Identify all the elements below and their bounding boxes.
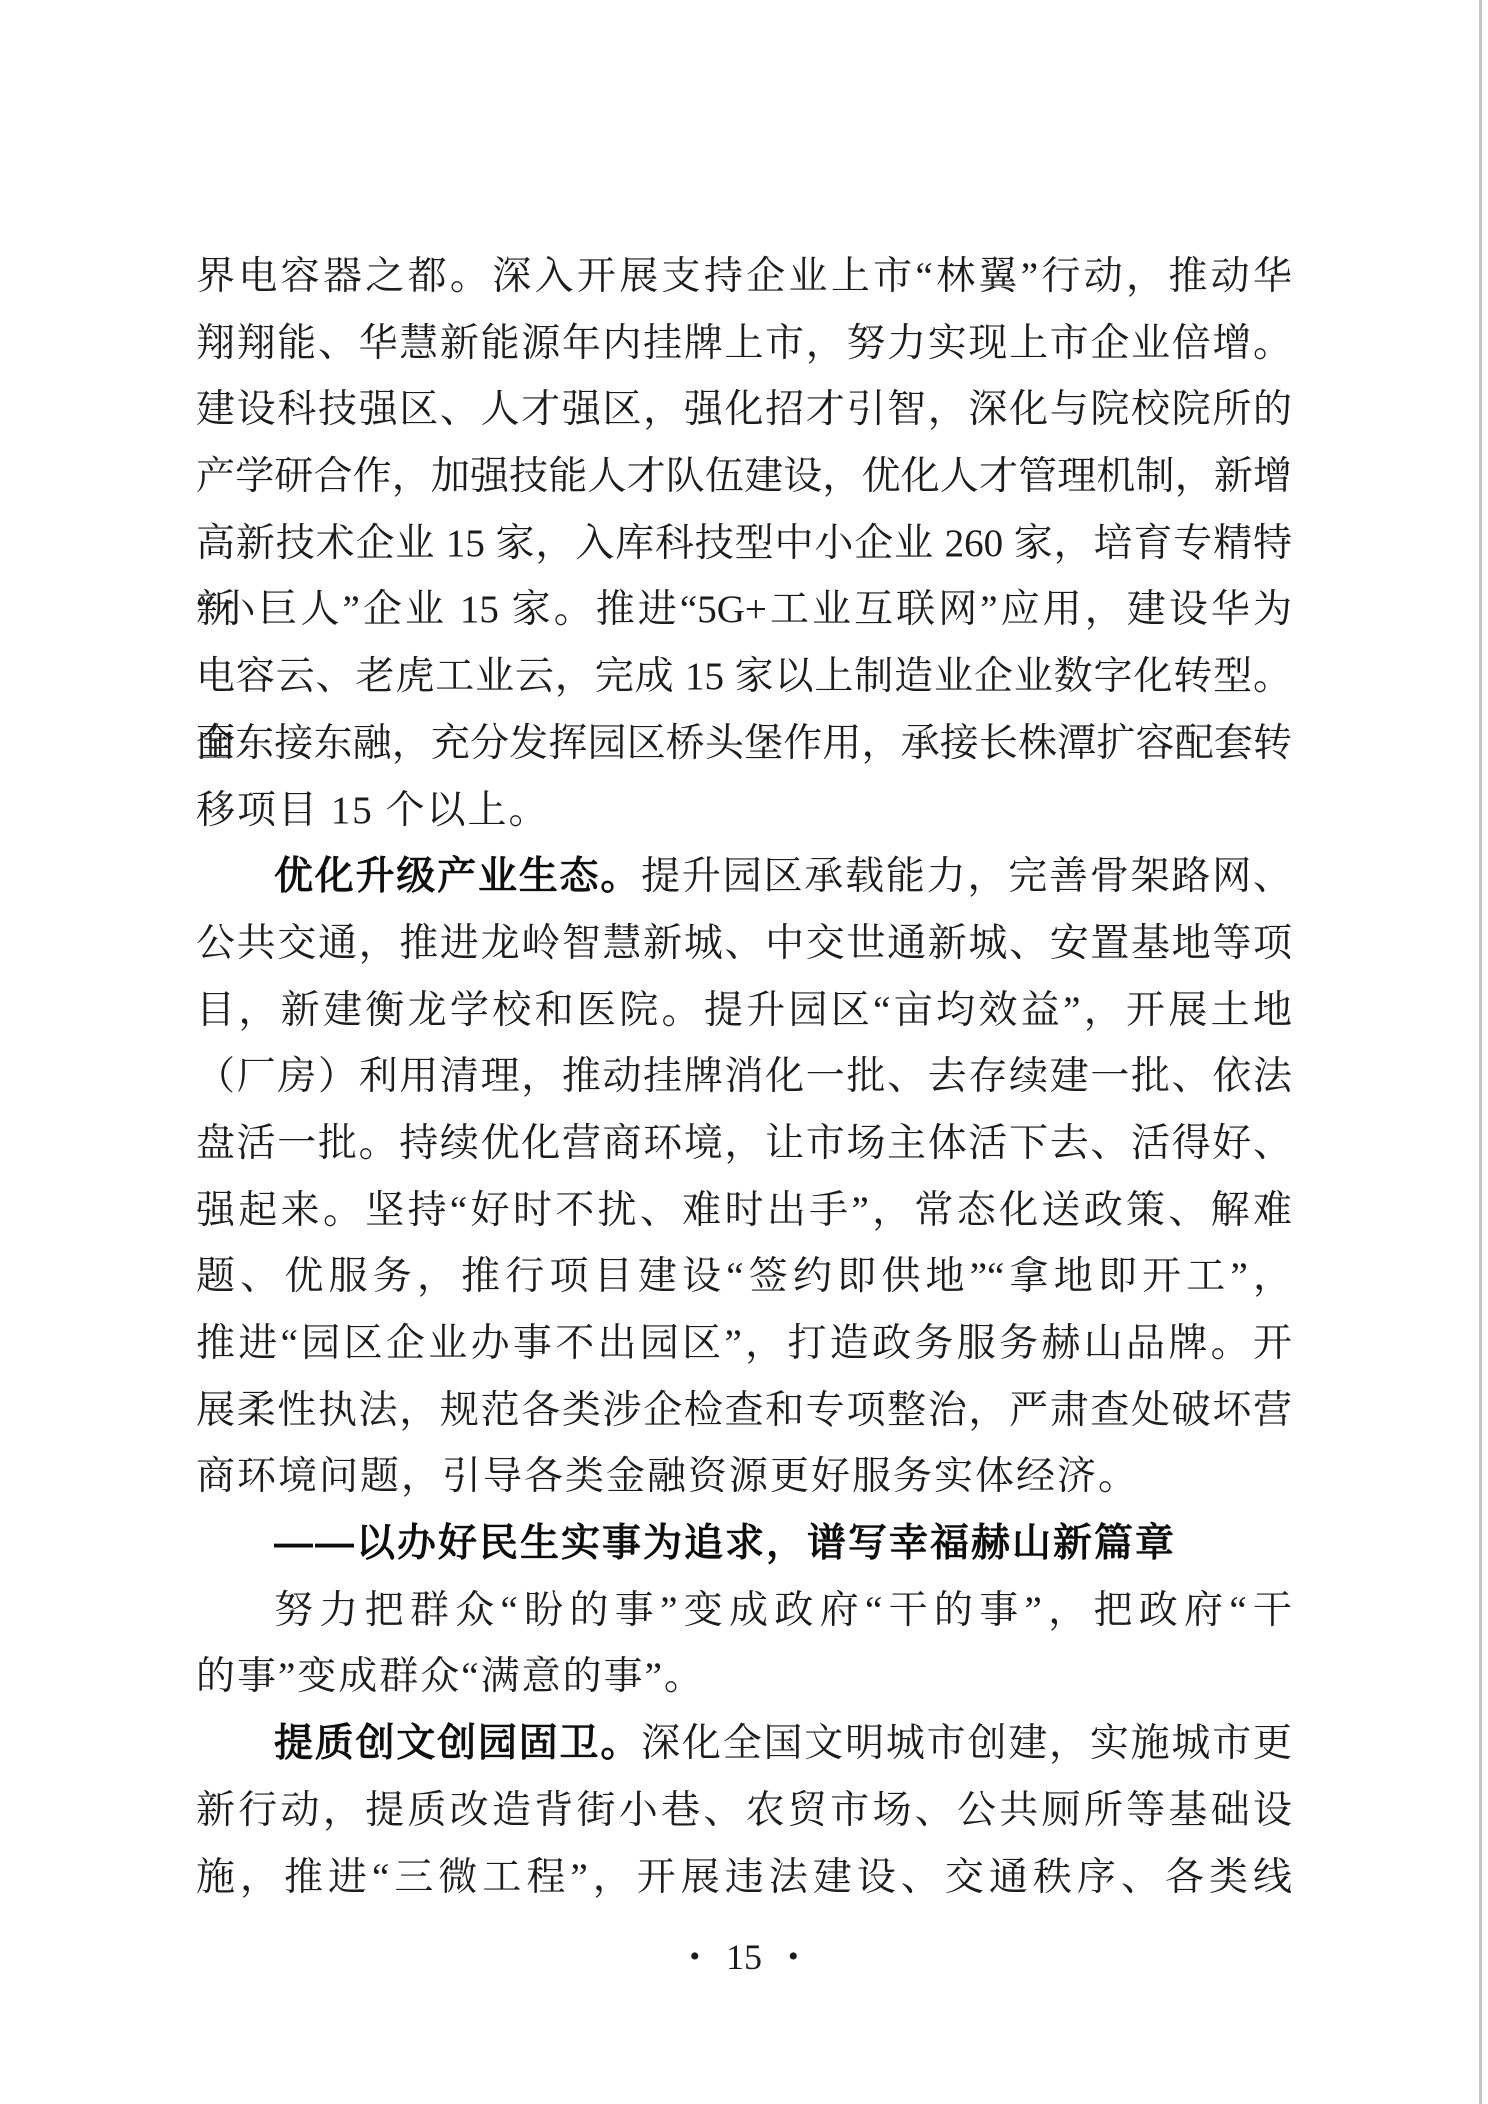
text-line: 的事”变成群众“满意的事”。 <box>196 1644 1292 1711</box>
body-text: 建设科技强区、人才强区，强化招才引智，深化与院校院所的 <box>196 388 1292 431</box>
text-line: 优化升级产业生态。提升园区承载能力，完善骨架路网、 <box>196 844 1292 911</box>
text-line: 提质创文创园固卫。深化全国文明城市创建，实施城市更 <box>196 1711 1292 1778</box>
body-text: 产学研合作，加强技能人才队伍建设，优化人才管理机制，新增 <box>196 455 1292 498</box>
body-text: 提升园区承载能力，完善骨架路网、 <box>641 855 1292 898</box>
body-text: 商环境问题，引导各类金融资源更好服务实体经济。 <box>196 1455 1139 1498</box>
text-line: “小巨人”企业 15 家。推进“5G+工业互联网”应用，建设华为 <box>196 577 1292 644</box>
text-line: 施，推进“三微工程”，开展违法建设、交通秩序、各类线 <box>196 1845 1292 1912</box>
text-line: 公共交通，推进龙岭智慧新城、中交世通新城、安置基地等项 <box>196 911 1292 978</box>
body-text: 深化全国文明城市创建，实施城市更 <box>641 1722 1292 1765</box>
body-text: 面东接东融，充分发挥园区桥头堡作用，承接长株潭扩容配套转 <box>196 722 1292 765</box>
body-text: 翔翔能、华慧新能源年内挂牌上市，努力实现上市企业倍增。 <box>196 322 1292 365</box>
text-line: ——以办好民生实事为追求，谱写幸福赫山新篇章 <box>196 1511 1292 1578</box>
body-text: 强起来。坚持“好时不扰、难时出手”，常态化送政策、解难 <box>196 1189 1292 1232</box>
text-line: （厂房）利用清理，推动挂牌消化一批、去存续建一批、依法 <box>196 1044 1292 1111</box>
scan-edge-line <box>1479 0 1482 2104</box>
text-line: 目，新建衡龙学校和医院。提升园区“亩均效益”，开展土地 <box>196 978 1292 1045</box>
text-line: 移项目 15 个以上。 <box>196 778 1292 845</box>
text-line: 商环境问题，引导各类金融资源更好服务实体经济。 <box>196 1444 1292 1511</box>
body-text: 施，推进“三微工程”，开展违法建设、交通秩序、各类线 <box>196 1856 1292 1899</box>
text-line: 高新技术企业 15 家，入库科技型中小企业 260 家，培育专精特新 <box>196 511 1292 578</box>
text-line: 产学研合作，加强技能人才队伍建设，优化人才管理机制，新增 <box>196 444 1292 511</box>
text-line: 面东接东融，充分发挥园区桥头堡作用，承接长株潭扩容配套转 <box>196 711 1292 778</box>
text-line: 题、优服务，推行项目建设“签约即供地”“拿地即开工”， <box>196 1244 1292 1311</box>
document-page: 界电容器之都。深入开展支持企业上市“林翼”行动，推动华翔翔能、华慧新能源年内挂牌… <box>0 0 1488 2104</box>
text-line: 努力把群众“盼的事”变成政府“干的事”，把政府“干 <box>196 1578 1292 1645</box>
body-text: 目，新建衡龙学校和医院。提升园区“亩均效益”，开展土地 <box>196 989 1292 1032</box>
footer-left-dot-icon: • <box>689 1940 700 1973</box>
text-line: 盘活一批。持续优化营商环境，让市场主体活下去、活得好、 <box>196 1111 1292 1178</box>
page-footer: •15• <box>0 1936 1488 1978</box>
text-line: 新行动，提质改造背街小巷、农贸市场、公共厕所等基础设 <box>196 1778 1292 1845</box>
body-text: 盘活一批。持续优化营商环境，让市场主体活下去、活得好、 <box>196 1122 1292 1165</box>
text-line: 强起来。坚持“好时不扰、难时出手”，常态化送政策、解难 <box>196 1178 1292 1245</box>
text-line: 展柔性执法，规范各类涉企检查和专项整治，严肃查处破坏营 <box>196 1378 1292 1445</box>
paragraph-lead: 优化升级产业生态。 <box>274 855 641 898</box>
body-text: 展柔性执法，规范各类涉企检查和专项整治，严肃查处破坏营 <box>196 1389 1292 1432</box>
body-text: “小巨人”企业 15 家。推进“5G+工业互联网”应用，建设华为 <box>196 588 1292 631</box>
body-text: （厂房）利用清理，推动挂牌消化一批、去存续建一批、依法 <box>196 1055 1292 1098</box>
text-line: 建设科技强区、人才强区，强化招才引智，深化与院校院所的 <box>196 377 1292 444</box>
text-line: 翔翔能、华慧新能源年内挂牌上市，努力实现上市企业倍增。 <box>196 311 1292 378</box>
body-text: 新行动，提质改造背街小巷、农贸市场、公共厕所等基础设 <box>196 1789 1292 1832</box>
body-text: 努力把群众“盼的事”变成政府“干的事”，把政府“干 <box>274 1589 1292 1632</box>
body-text: 移项目 15 个以上。 <box>196 789 550 832</box>
body-text: 界电容器之都。深入开展支持企业上市“林翼”行动，推动华 <box>196 255 1292 298</box>
text-block: 界电容器之都。深入开展支持企业上市“林翼”行动，推动华翔翔能、华慧新能源年内挂牌… <box>196 244 1292 1911</box>
page-number: 15 <box>726 1936 762 1978</box>
body-text: 公共交通，推进龙岭智慧新城、中交世通新城、安置基地等项 <box>196 922 1292 965</box>
footer-right-dot-icon: • <box>788 1940 799 1973</box>
text-line: 界电容器之都。深入开展支持企业上市“林翼”行动，推动华 <box>196 244 1292 311</box>
body-text: 题、优服务，推行项目建设“签约即供地”“拿地即开工”， <box>196 1255 1292 1298</box>
text-line: 电容云、老虎工业云，完成 15 家以上制造业企业数字化转型。全 <box>196 644 1292 711</box>
text-line: 推进“园区企业办事不出园区”，打造政务服务赫山品牌。开 <box>196 1311 1292 1378</box>
body-text: 的事”变成群众“满意的事”。 <box>196 1655 705 1698</box>
section-heading-text: ——以办好民生实事为追求，谱写幸福赫山新篇章 <box>274 1522 1176 1565</box>
body-text: 推进“园区企业办事不出园区”，打造政务服务赫山品牌。开 <box>196 1322 1292 1365</box>
paragraph-lead: 提质创文创园固卫。 <box>274 1722 641 1765</box>
